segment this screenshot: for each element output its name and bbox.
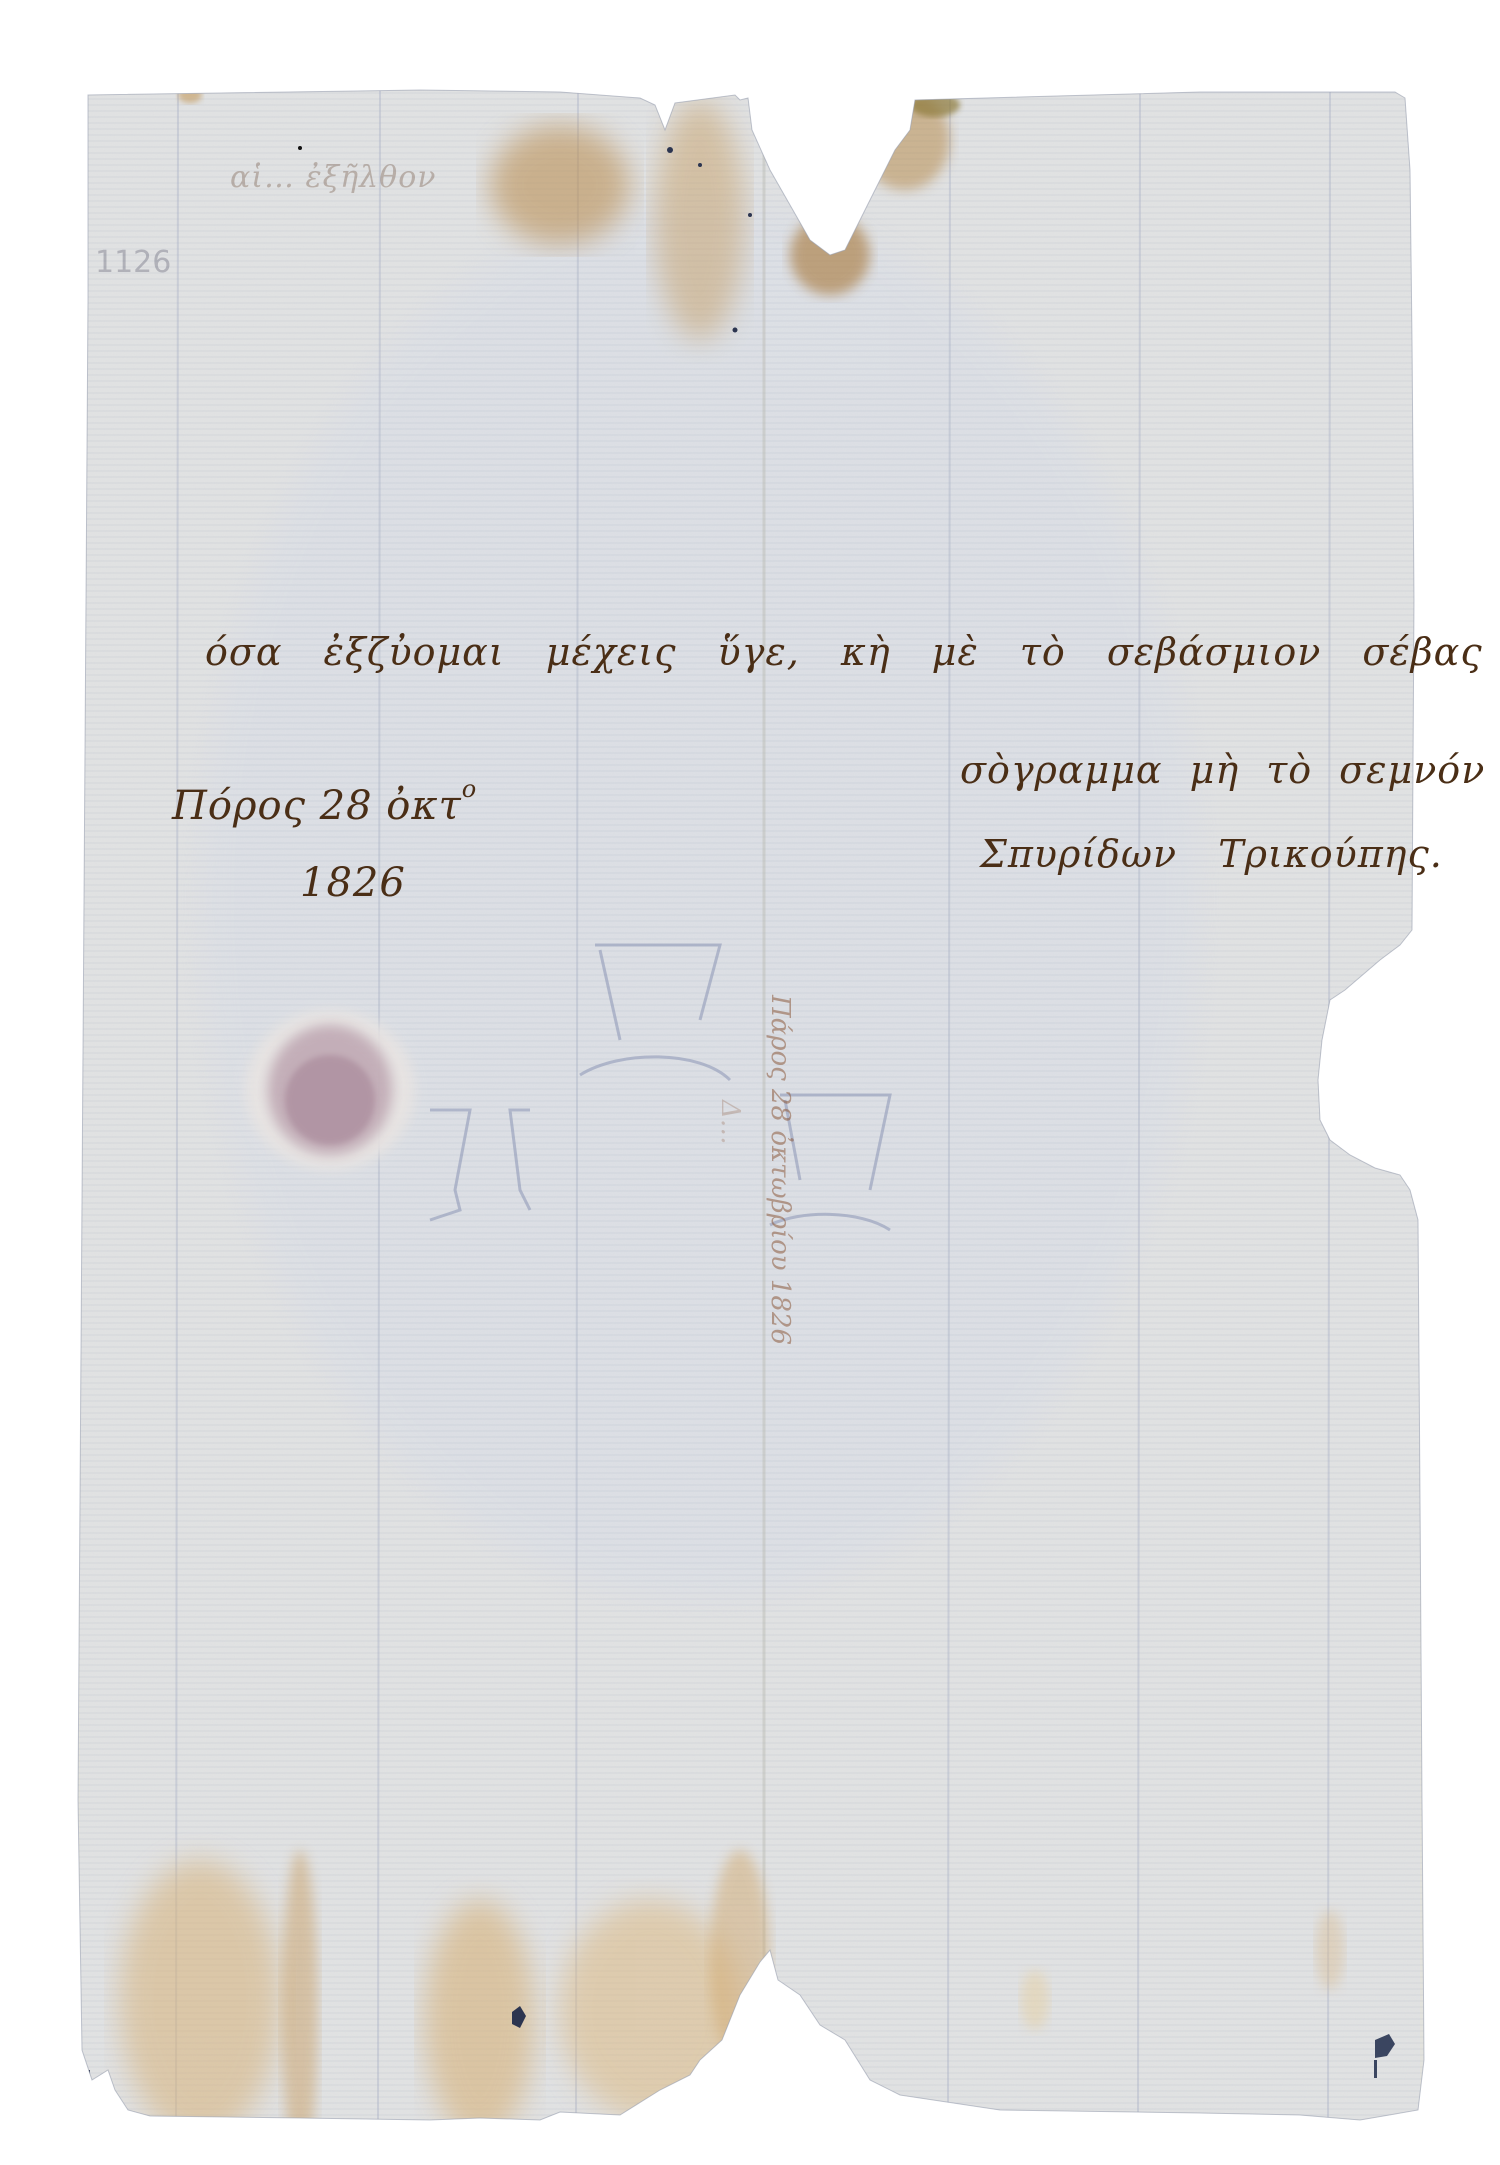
dateline: Πόρος 28 ὀκτο: [172, 775, 477, 829]
archive-number: 1126: [95, 245, 171, 280]
faint-top-marginalia: αἱ… ἐξῆλθον: [230, 160, 437, 195]
dateline-month-superscript: ο: [462, 775, 477, 803]
signature: Σπυρίδων Τρικούπης.: [980, 832, 1443, 876]
letter-body-line: όσα ἐξζὐομαι μέχεις ὕγε, κὴ μὲ τὸ σεβάσμ…: [205, 630, 1500, 674]
vertical-note-center: Δ…: [715, 1100, 745, 1145]
document-page: αἱ… ἐξῆλθον 1126 όσα ἐξζὐομαι μέχεις ὕγε…: [0, 0, 1500, 2165]
letter-closing-line: σὸγραμμα μὴ τὸ σεμνόν ἦν: [960, 748, 1500, 792]
vertical-pencil-note: Πάρος 28 ὀκτωβρίου 1826: [765, 995, 795, 1345]
paper-sheet: [0, 0, 1500, 2165]
dateline-year: 1826: [300, 860, 406, 906]
dateline-place-day: Πόρος 28 ὀκτ: [172, 783, 462, 829]
